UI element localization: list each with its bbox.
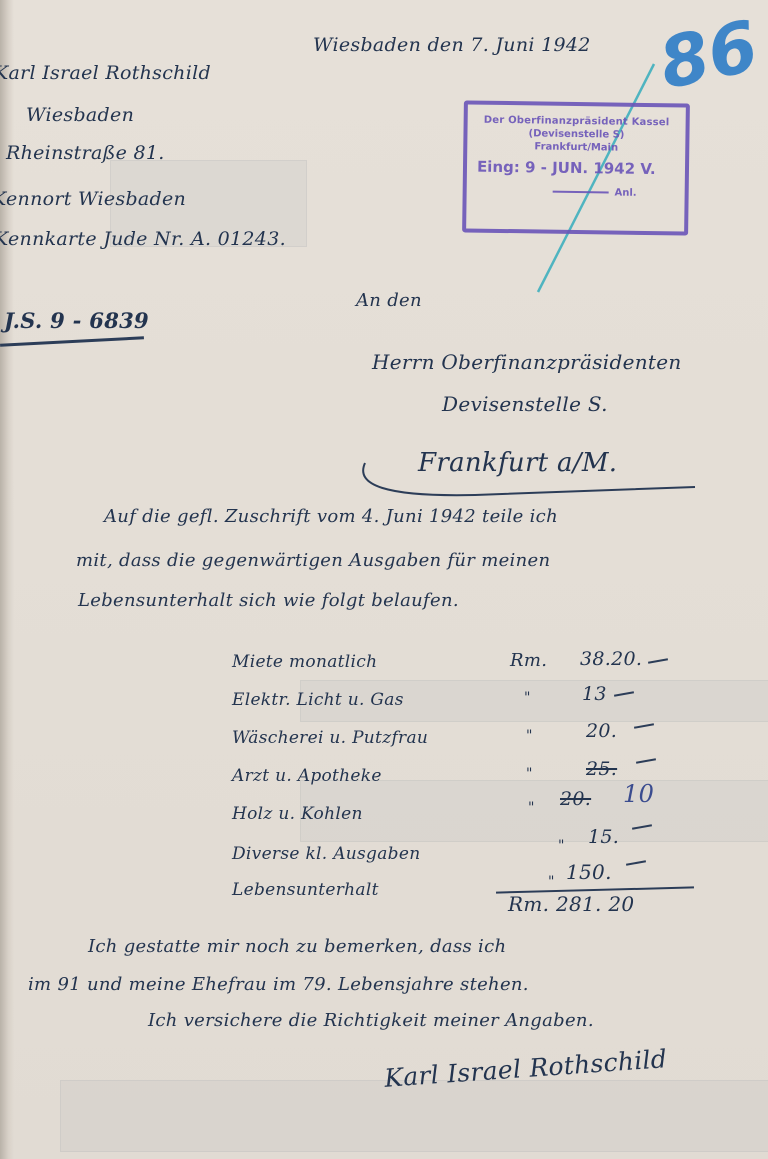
- recipient-line-2: Devisenstelle S.: [442, 392, 608, 416]
- expense-label: Lebensunterhalt: [232, 880, 379, 900]
- sender-name: Karl Israel Rothschild: [0, 62, 211, 84]
- sender-kennort: Kennort Wiesbaden: [0, 188, 186, 210]
- address-flourish: [355, 455, 705, 505]
- sender-street: Rheinstraße 81.: [6, 142, 165, 164]
- stamp-city: Frankfurt/Main: [467, 140, 685, 154]
- closing-line-2: im 91 und meine Ehefrau im 79. Lebensjah…: [28, 974, 529, 995]
- stamp-enclosures: Anl.: [467, 185, 685, 199]
- expense-label: Diverse kl. Ausgaben: [232, 844, 420, 864]
- ditto-mark: ": [528, 800, 535, 816]
- body-line-1: Auf die gefl. Zuschrift vom 4. Juni 1942…: [104, 506, 558, 527]
- expense-label: Arzt u. Apotheke: [232, 766, 382, 786]
- receipt-stamp: Der Oberfinanzpräsident Kassel (Devisens…: [462, 100, 690, 235]
- dash: [648, 658, 668, 663]
- closing-line-1: Ich gestatte mir noch zu bemerken, dass …: [88, 936, 506, 957]
- expense-value: 20.: [586, 720, 617, 742]
- expense-label: Holz u. Kohlen: [232, 804, 363, 824]
- dash: [626, 860, 646, 865]
- closing-line-3: Ich versichere die Richtigkeit meiner An…: [148, 1010, 594, 1031]
- sender-kennkarte: Kennkarte Jude Nr. A. 01243.: [0, 228, 286, 250]
- dash: [636, 758, 656, 763]
- reference-underline: [0, 336, 144, 347]
- ditto-mark: ": [524, 690, 531, 706]
- expense-value: 13: [582, 683, 607, 705]
- expense-value: 38.20.: [580, 648, 642, 670]
- expense-total: Rm. 281. 20: [508, 892, 634, 916]
- page-edge-shadow: [0, 0, 14, 1159]
- body-line-3: Lebensunterhalt sich wie folgt belaufen.: [78, 590, 459, 611]
- expense-label: Elektr. Licht u. Gas: [232, 690, 404, 710]
- dateline: Wiesbaden den 7. Juni 1942: [313, 34, 591, 56]
- ditto-mark: ": [548, 874, 555, 890]
- body-line-2: mit, dass die gegenwärtigen Ausgaben für…: [76, 550, 550, 571]
- expense-label: Miete monatlich: [232, 652, 377, 672]
- ditto-mark: ": [526, 728, 533, 744]
- expense-correction: 10: [623, 780, 654, 808]
- recipient-line-1: Herrn Oberfinanzpräsidenten: [372, 350, 682, 374]
- expense-label: Wäscherei u. Putzfrau: [232, 728, 428, 748]
- recipient-to: An den: [356, 290, 422, 311]
- expense-value: 15.: [588, 826, 619, 848]
- stamp-received-date: Eing: 9 - JUN. 1942 V.: [467, 157, 685, 178]
- expense-value-struck: 20.: [560, 788, 591, 810]
- expense-value: 150.: [566, 860, 612, 884]
- ditto-mark: ": [526, 766, 533, 782]
- stamp-office: (Devisenstelle S): [467, 127, 685, 141]
- expense-value-struck: 25.: [586, 758, 617, 780]
- currency-label: Rm.: [510, 650, 547, 671]
- sender-city: Wiesbaden: [26, 104, 134, 126]
- reference-number: J.S. 9 - 6839: [4, 308, 149, 333]
- dash: [634, 723, 654, 728]
- ditto-mark: ": [558, 838, 565, 854]
- folio-mark: 86: [653, 5, 765, 105]
- stamp-authority: Der Oberfinanzpräsident Kassel: [468, 114, 686, 128]
